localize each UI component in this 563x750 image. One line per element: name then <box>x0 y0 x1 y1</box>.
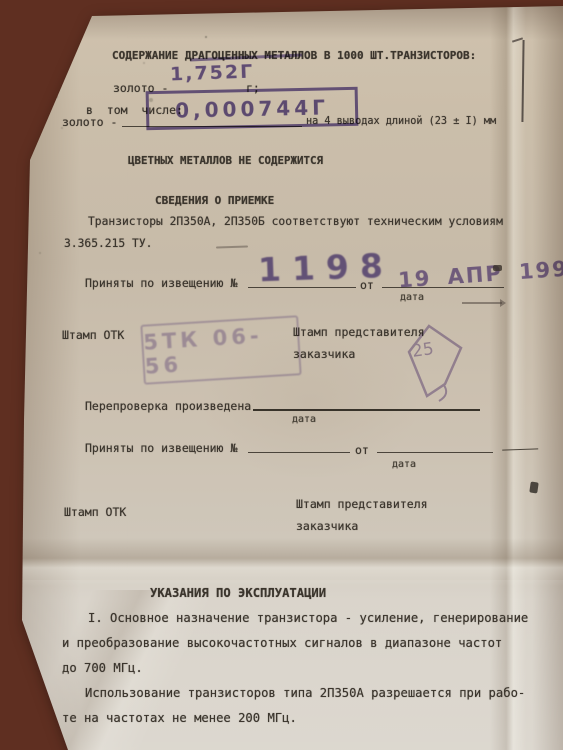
pencil-smudge <box>216 245 248 248</box>
usage-title: УКАЗАНИЯ ПО ЭКСПЛУАТАЦИИ <box>150 586 326 600</box>
acceptance-title: СВЕДЕНИЯ О ПРИЕМКЕ <box>155 194 274 207</box>
otk-ink-stamp-value: 5ТК 06-56 <box>143 321 300 378</box>
acceptance-line1: Транзисторы 2П350А, 2П350Б соответствуют… <box>88 215 503 228</box>
photo-of-document: СОДЕРЖАНИЕ ДРАГОЦЕННЫХ МЕТАЛЛОВ В 1000 Ш… <box>0 0 563 750</box>
otk-ink-stamp-box: 5ТК 06-56 <box>140 315 301 385</box>
notice2-date-blank <box>377 440 493 453</box>
paper-speckles <box>0 0 2 2</box>
paper-sheet-wrap: СОДЕРЖАНИЕ ДРАГОЦЕННЫХ МЕТАЛЛОВ В 1000 Ш… <box>0 0 563 750</box>
date-caption: дата <box>400 292 424 303</box>
usage-line5: те на частотах не менее 200 МГц. <box>62 711 297 725</box>
right-edge-shadow <box>532 0 563 750</box>
recheck-blank <box>253 397 480 411</box>
usage-line2: и преобразование высокочастотных сигнало… <box>62 636 502 650</box>
customer-rep2-label-line1: Штамп представителя <box>296 497 428 511</box>
paper-top-shadow <box>0 0 563 40</box>
accepted2-by-notice-label: Приняты по извещению № <box>85 441 237 455</box>
diamond-stamp-number: 25 <box>411 339 435 362</box>
paper-sheet: СОДЕРЖАНИЕ ДРАГОЦЕННЫХ МЕТАЛЛОВ В 1000 Ш… <box>0 0 563 750</box>
customer-rep2-label-line2: заказчика <box>296 519 358 533</box>
pencil-arrow <box>462 302 502 304</box>
usage-line4: Использование транзисторов типа 2П350А р… <box>85 686 525 700</box>
usage-line1: I. Основное назначение транзистора - уси… <box>88 611 528 625</box>
horizontal-fold-crease <box>0 538 563 586</box>
accepted-by-notice-label: Приняты по извещению № <box>85 276 237 290</box>
usage-line3: до 700 МГц. <box>62 661 143 675</box>
ink-mark-right-2 <box>529 481 538 493</box>
notice2-extra-dash <box>502 436 538 450</box>
gold-total-stamp: 1,752Г <box>170 61 255 86</box>
recheck-date-caption: дата <box>292 414 316 425</box>
recheck-label: Перепроверка произведена <box>85 399 251 413</box>
notice-number-stamp: 1198 <box>257 246 394 290</box>
nonferrous-statement: ЦВЕТНЫХ МЕТАЛЛОВ НЕ СОДЕРЖИТСЯ <box>128 154 323 167</box>
customer-rep-label-line2: заказчика <box>293 347 355 361</box>
pen-tick-mark <box>512 37 523 42</box>
date2-caption: дата <box>392 459 416 470</box>
from2-label: от <box>355 443 369 457</box>
gold-detail-stamp-value: 0,000744Г <box>175 95 329 122</box>
acceptance-line2: 3.365.215 ТУ. <box>64 237 152 250</box>
gold2-label: золото - <box>62 115 117 129</box>
notice2-number-blank <box>248 440 350 453</box>
otk-stamp-label: Штамп ОТК <box>62 328 124 342</box>
customer-rep-diamond-stamp: 25 <box>405 322 465 402</box>
gold-detail-stamp-box: 0,000744Г <box>146 87 359 130</box>
pen-vertical-line <box>521 40 524 122</box>
otk-stamp-label-2: Штамп ОТК <box>64 505 126 519</box>
